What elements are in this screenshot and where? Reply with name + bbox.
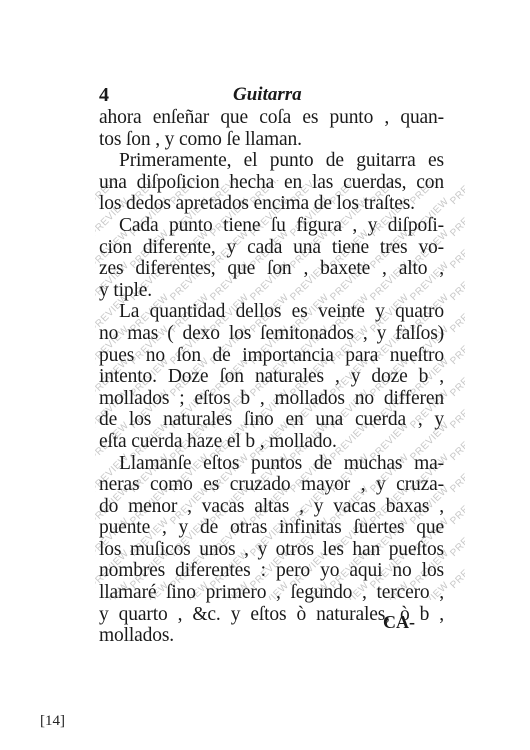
text-line: los muſicos unos , y otros les han pueſt… xyxy=(99,539,444,561)
text-line: de los naturales ſino en una cuerda , y xyxy=(99,409,444,431)
body-text: ahora enſeñar que coſa es punto , quan-t… xyxy=(99,107,444,647)
text-line: cion diferente, y cada una tiene tres vo… xyxy=(99,237,444,259)
page-header: 4 Guitarra xyxy=(99,84,439,106)
text-line: intento. Doze ſon naturales , y doze b , xyxy=(99,366,444,388)
watermark-word: PREVIEW xyxy=(448,260,465,303)
watermark-word: PREVIEW xyxy=(448,548,465,591)
book-page: PREVIEWPREVIEWPREVIEWPREVIEWPREVIEWPREVI… xyxy=(0,0,530,750)
running-title: Guitarra xyxy=(233,84,302,106)
text-line: eſta cuerda haze el b , mollado. xyxy=(99,431,444,453)
text-line: Llamanſe eſtos puntos de muchas ma- xyxy=(99,453,444,475)
watermark-word: PREVIEW xyxy=(448,484,465,527)
text-line: mollados ; eſtos b , mollados no differe… xyxy=(99,388,444,410)
folio-number: [14] xyxy=(40,713,65,730)
catchword: CA- xyxy=(383,612,415,633)
watermark-word: PREVIEW xyxy=(448,180,465,207)
watermark-word: PREVIEW xyxy=(448,388,465,431)
text-line: no mas ( dexo los ſemitonados , y falſos… xyxy=(99,323,444,345)
text-line: llamaré ſino primero , ſegundo , tercero… xyxy=(99,582,444,604)
text-line: La quantidad dellos es veinte y quatro xyxy=(99,301,444,323)
watermark-word: PREVIEW xyxy=(448,228,465,271)
text-line: Cada punto tiene ſu figura , y diſpoſi- xyxy=(99,215,444,237)
text-line: puente , y de otras infinitas ſuertes qu… xyxy=(99,517,444,539)
text-line: y tiple. xyxy=(99,280,444,302)
text-line: zes diferentes, que ſon , baxete , alto … xyxy=(99,258,444,280)
text-line: una diſpoſicion hecha en las cuerdas, co… xyxy=(99,172,444,194)
watermark-word: PREVIEW xyxy=(448,292,465,335)
text-line: do menor , vacas altas , y vacas baxas , xyxy=(99,496,444,518)
watermark-word: PREVIEW xyxy=(448,516,465,559)
watermark-word: PREVIEW xyxy=(448,420,465,463)
watermark-word: PREVIEW xyxy=(448,580,465,600)
text-line: tos ſon , y como ſe llaman. xyxy=(99,129,444,151)
text-line: nombres diferentes : pero yo aqui no los xyxy=(99,560,444,582)
text-line: Primeramente, el punto de guitarra es xyxy=(99,150,444,172)
watermark-word: PREVIEW xyxy=(448,356,465,399)
watermark-word: PREVIEW xyxy=(448,196,465,239)
watermark-word: PREVIEW xyxy=(448,452,465,495)
page-number: 4 xyxy=(99,84,109,107)
text-line: los dedos apretados encima de los traſte… xyxy=(99,193,444,215)
text-line: pues no ſon de importancia para nueſtro xyxy=(99,345,444,367)
text-line: neras como es cruzado mayor , y cruza- xyxy=(99,474,444,496)
watermark-word: PREVIEW xyxy=(448,324,465,367)
text-line: ahora enſeñar que coſa es punto , quan- xyxy=(99,107,444,129)
